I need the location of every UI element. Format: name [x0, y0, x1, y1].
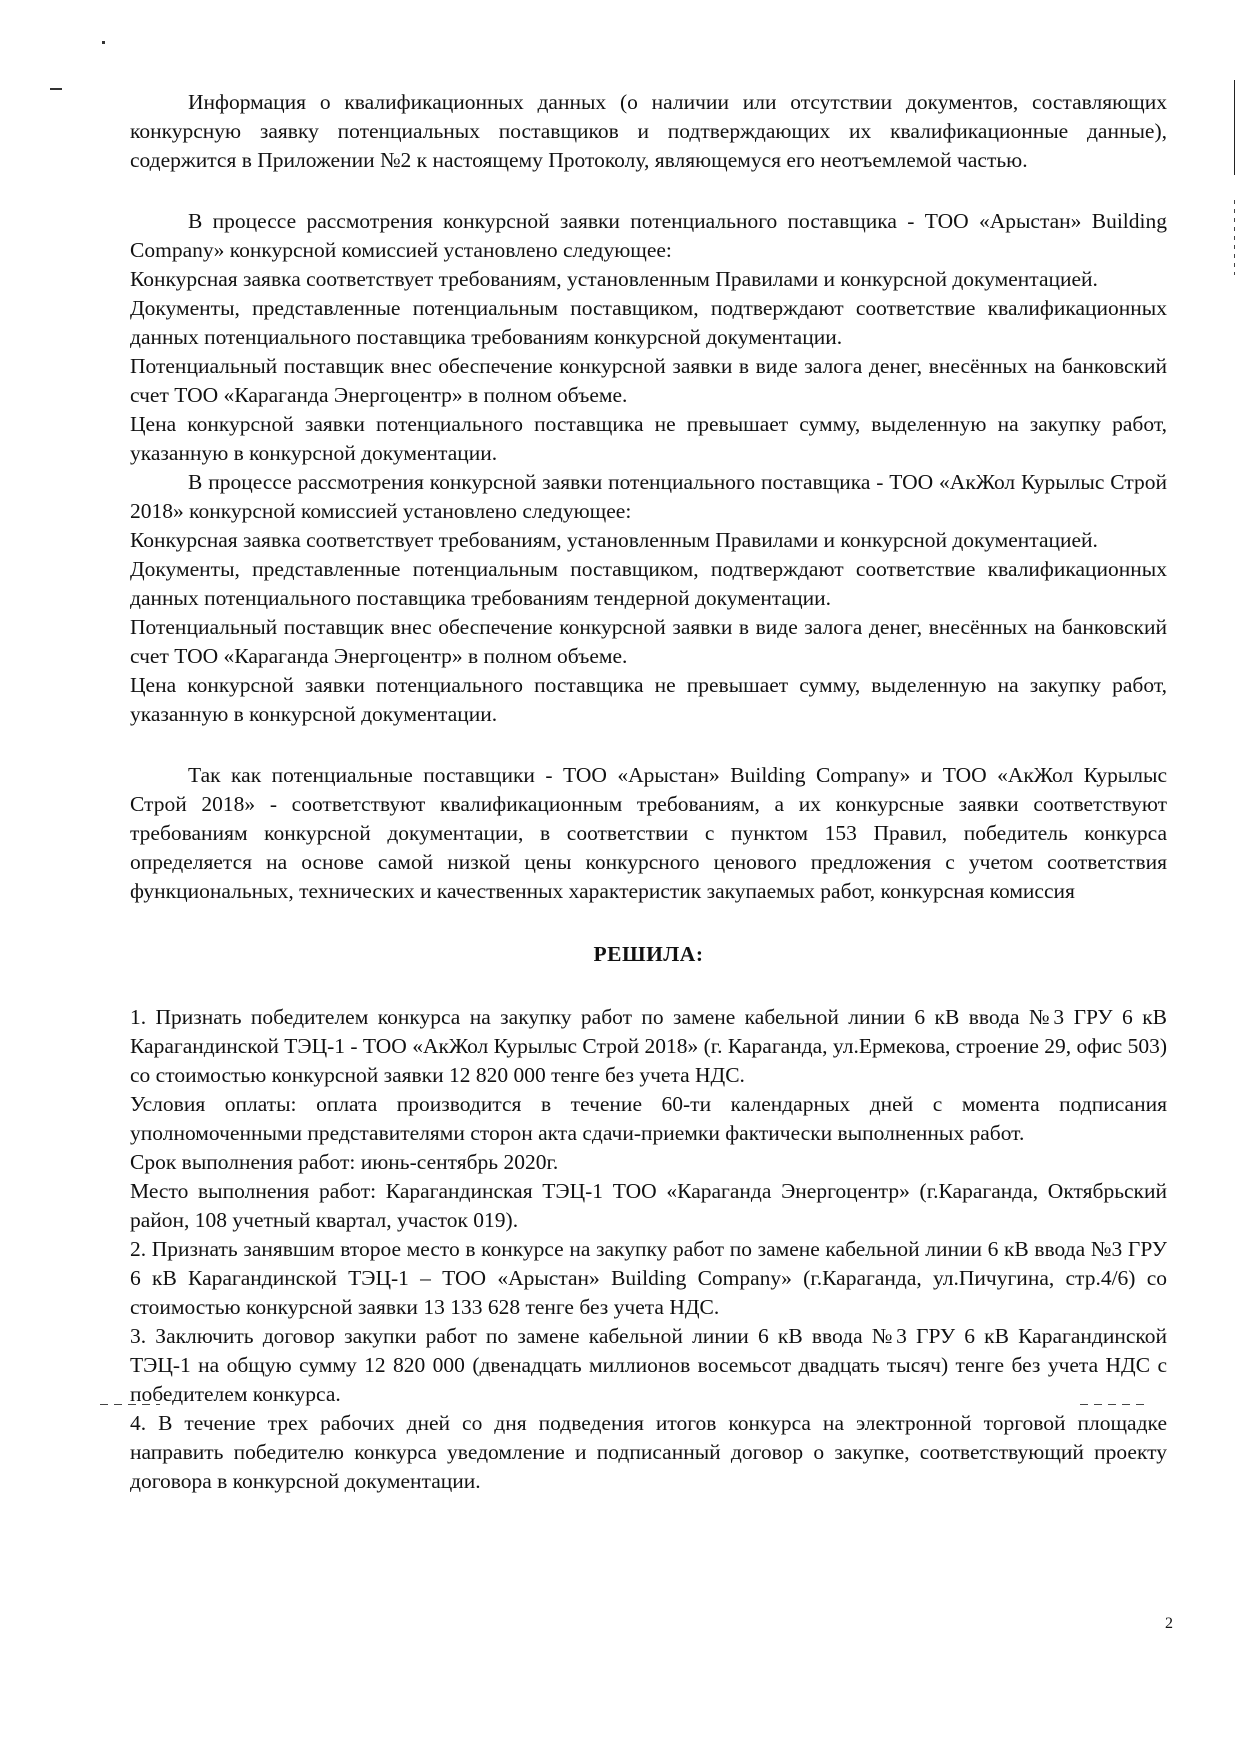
- decision-item: Место выполнения работ: Карагандинская Т…: [130, 1177, 1167, 1235]
- scan-speck: [102, 41, 105, 44]
- page-number: 2: [1165, 1609, 1173, 1638]
- decision-item: Условия оплаты: оплата производится в те…: [130, 1090, 1167, 1148]
- review-1-item: Цена конкурсной заявки потенциального по…: [130, 410, 1167, 468]
- decision-heading: РЕШИЛА:: [130, 940, 1167, 969]
- review-2-intro: В процессе рассмотрения конкурсной заявк…: [130, 468, 1167, 526]
- review-1-item: Конкурсная заявка соответствует требован…: [130, 265, 1167, 294]
- decision-item: 3. Заключить договор закупки работ по за…: [130, 1322, 1167, 1409]
- review-1-item: Потенциальный поставщик внес обеспечение…: [130, 352, 1167, 410]
- qualification-info-paragraph: Информация о квалификационных данных (о …: [130, 88, 1167, 175]
- decision-item: 2. Признать занявшим второе место в конк…: [130, 1235, 1167, 1322]
- decision-item: Срок выполнения работ: июнь-сентябрь 202…: [130, 1148, 1167, 1177]
- review-2-item: Конкурсная заявка соответствует требован…: [130, 526, 1167, 555]
- scan-edge-line: [1234, 80, 1235, 175]
- review-1-intro: В процессе рассмотрения конкурсной заявк…: [130, 207, 1167, 265]
- review-2-item: Цена конкурсной заявки потенциального по…: [130, 671, 1167, 729]
- scan-edge-line: [1234, 200, 1235, 275]
- review-1-item: Документы, представленные потенциальным …: [130, 294, 1167, 352]
- document-body: Информация о квалификационных данных (о …: [130, 88, 1167, 1496]
- review-2-item: Документы, представленные потенциальным …: [130, 555, 1167, 613]
- conclusion-paragraph: Так как потенциальные поставщики - ТОО «…: [130, 761, 1167, 906]
- scan-speck: [50, 88, 62, 90]
- decision-item: 4. В течение трех рабочих дней со дня по…: [130, 1409, 1167, 1496]
- decision-item: 1. Признать победителем конкурса на заку…: [130, 1003, 1167, 1090]
- review-2-item: Потенциальный поставщик внес обеспечение…: [130, 613, 1167, 671]
- document-page: Информация о квалификационных данных (о …: [0, 0, 1240, 1754]
